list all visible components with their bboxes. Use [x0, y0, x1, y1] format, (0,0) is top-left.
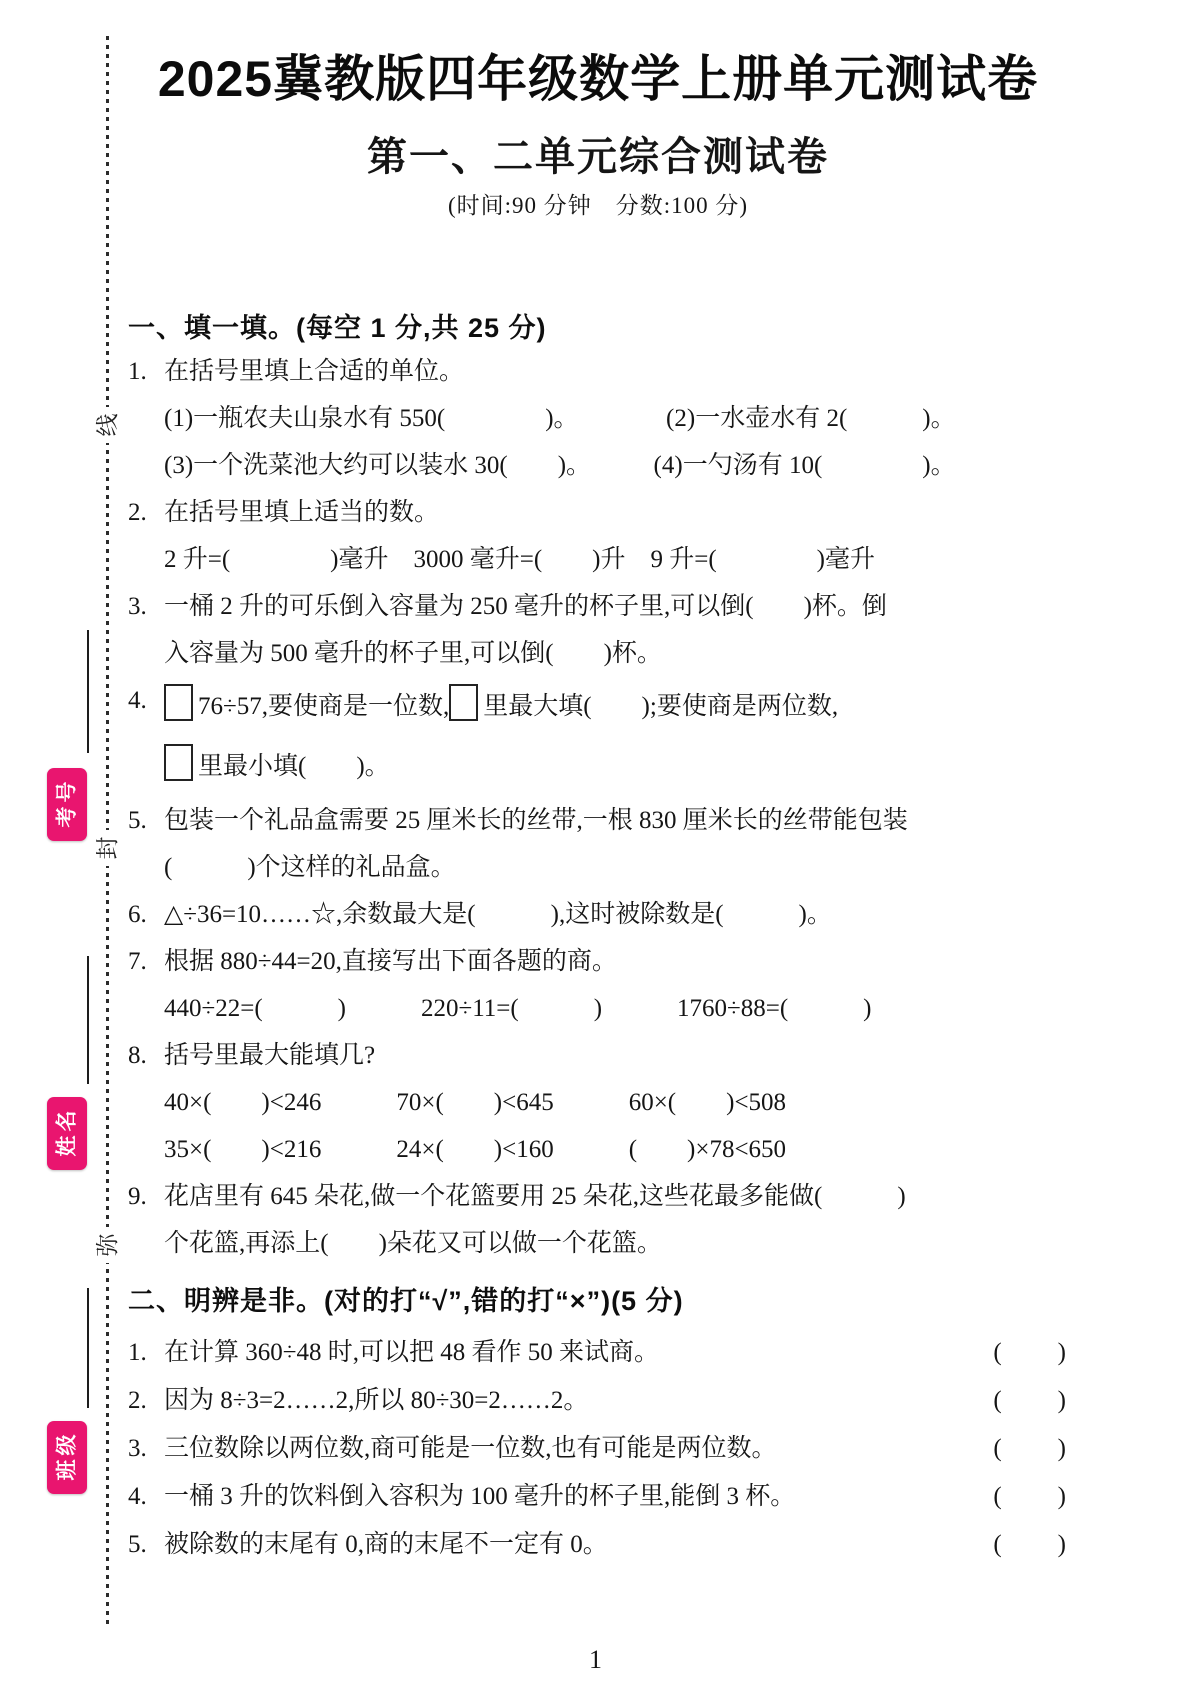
question: 1.在括号里填上合适的单位。(1)一瓶农夫山泉水有 550( )。 (2)一水壶… [128, 348, 1068, 489]
section-1: 一、填一填。(每空 1 分,共 25 分)1.在括号里填上合适的单位。(1)一瓶… [128, 308, 1068, 1267]
question-body: 在括号里填上合适的单位。(1)一瓶农夫山泉水有 550( )。 (2)一水壶水有… [164, 348, 1068, 489]
question-line: 根据 880÷44=20,直接写出下面各题的商。 [164, 938, 1068, 985]
question-body: 76÷57,要使商是一位数,里最大填( );要使商是两位数,里最小填( )。 [164, 677, 1068, 797]
question-number: 2. [128, 489, 164, 583]
question-number: 8. [128, 1032, 164, 1173]
page-number: 1 [0, 1646, 1191, 1674]
question-body: 在括号里填上适当的数。2 升=( )毫升 3000 毫升=( )升 9 升=( … [164, 489, 1068, 583]
question-body: 花店里有 645 朵花,做一个花篮要用 25 朵花,这些花最多能做( )个花篮,… [164, 1173, 1068, 1267]
tf-statement: 在计算 360÷48 时,可以把 48 看作 50 来试商。 [164, 1329, 659, 1377]
question-body: 根据 880÷44=20,直接写出下面各题的商。440÷22=( ) 220÷1… [164, 938, 1068, 1032]
question-line: 35×( )<216 24×( )<160 ( )×78<650 [164, 1126, 1068, 1173]
question: 4.76÷57,要使商是一位数,里最大填( );要使商是两位数,里最小填( )。 [128, 677, 1068, 797]
question: 2.因为 8÷3=2……2,所以 80÷30=2……2。( ) [128, 1377, 1068, 1425]
question: 5.包装一个礼品盒需要 25 厘米长的丝带,一根 830 厘米长的丝带能包装( … [128, 797, 1068, 891]
question-number: 4. [128, 1473, 164, 1521]
statement-line: 被除数的末尾有 0,商的末尾不一定有 0。( ) [164, 1521, 1068, 1569]
paper-content: 2025冀教版四年级数学上册单元测试卷 第一、二单元综合测试卷 (时间:90 分… [128, 40, 1068, 1569]
seal-char-mi: 弥 [90, 1227, 126, 1263]
section-2: 二、明辨是非。(对的打“√”,错的打“×”)(5 分)1.在计算 360÷48 … [128, 1281, 1068, 1569]
student-info-badge: 班级 [47, 1421, 87, 1494]
statement-line: 因为 8÷3=2……2,所以 80÷30=2……2。( ) [164, 1377, 1068, 1425]
test-paper-page: 线 封 弥 考号 姓名 班级 2025冀教版四年级数学上册单元测试卷 第一、二单… [0, 0, 1191, 1684]
question-line: 个花篮,再添上( )朵花又可以做一个花篮。 [164, 1220, 1068, 1267]
question-number: 1. [128, 1329, 164, 1377]
question-line: △÷36=10……☆,余数最大是( ),这时被除数是( )。 [164, 891, 1068, 938]
question: 4.一桶 3 升的饮料倒入容积为 100 毫升的杯子里,能倒 3 杯。( ) [128, 1473, 1068, 1521]
question-body: 三位数除以两位数,商可能是一位数,也有可能是两位数。( ) [164, 1425, 1068, 1473]
question-line: (1)一瓶农夫山泉水有 550( )。 (2)一水壶水有 2( )。 [164, 395, 1068, 442]
question-number: 5. [128, 797, 164, 891]
exam-number-label: 考号 [57, 778, 78, 832]
time-score-line: (时间:90 分钟 分数:100 分) [128, 192, 1068, 220]
class-label: 班级 [57, 1431, 78, 1485]
question-number: 5. [128, 1521, 164, 1569]
question-list: 1.在括号里填上合适的单位。(1)一瓶农夫山泉水有 550( )。 (2)一水壶… [128, 348, 1068, 1267]
question-line: (3)一个洗菜池大约可以装水 30( )。 (4)一勺汤有 10( )。 [164, 442, 1068, 489]
question-number: 9. [128, 1173, 164, 1267]
question-number: 2. [128, 1377, 164, 1425]
fill-blank-box [164, 684, 193, 721]
question-number: 6. [128, 891, 164, 938]
question: 5.被除数的末尾有 0,商的末尾不一定有 0。( ) [128, 1521, 1068, 1569]
student-info-badge: 姓名 [47, 1097, 87, 1170]
name-write-line [87, 956, 89, 1084]
question-line: 440÷22=( ) 220÷11=( ) 1760÷88=( ) [164, 985, 1068, 1032]
question-body: 包装一个礼品盒需要 25 厘米长的丝带,一根 830 厘米长的丝带能包装( )个… [164, 797, 1068, 891]
question-number: 3. [128, 1425, 164, 1473]
question: 2.在括号里填上适当的数。2 升=( )毫升 3000 毫升=( )升 9 升=… [128, 489, 1068, 583]
fill-blank-box [449, 684, 478, 721]
question-line: 入容量为 500 毫升的杯子里,可以倒( )杯。 [164, 630, 1068, 677]
question-line: ( )个这样的礼品盒。 [164, 844, 1068, 891]
tf-statement: 因为 8÷3=2……2,所以 80÷30=2……2。 [164, 1377, 588, 1425]
name-label: 姓名 [57, 1107, 78, 1161]
question-body: △÷36=10……☆,余数最大是( ),这时被除数是( )。 [164, 891, 1068, 938]
question-line: 一桶 2 升的可乐倒入容量为 250 毫升的杯子里,可以倒( )杯。倒 [164, 583, 1068, 630]
student-info-badge: 考号 [47, 768, 87, 841]
class-write-line [87, 1288, 89, 1408]
fill-blank-box [164, 744, 193, 781]
question: 6.△÷36=10……☆,余数最大是( ),这时被除数是( )。 [128, 891, 1068, 938]
seal-char-xian: 线 [90, 407, 126, 443]
question-line: 括号里最大能填几? [164, 1032, 1068, 1079]
answer-bracket: ( ) [993, 1377, 1068, 1425]
question: 3.三位数除以两位数,商可能是一位数,也有可能是两位数。( ) [128, 1425, 1068, 1473]
question-body: 在计算 360÷48 时,可以把 48 看作 50 来试商。( ) [164, 1329, 1068, 1377]
question: 7.根据 880÷44=20,直接写出下面各题的商。440÷22=( ) 220… [128, 938, 1068, 1032]
tf-statement: 三位数除以两位数,商可能是一位数,也有可能是两位数。 [164, 1425, 777, 1473]
seal-char-feng: 封 [90, 830, 126, 866]
question-line: 在括号里填上适当的数。 [164, 489, 1068, 536]
section-heading: 二、明辨是非。(对的打“√”,错的打“×”)(5 分) [128, 1281, 1068, 1321]
question: 8.括号里最大能填几?40×( )<246 70×( )<645 60×( )<… [128, 1032, 1068, 1173]
question-body: 因为 8÷3=2……2,所以 80÷30=2……2。( ) [164, 1377, 1068, 1425]
question-body: 一桶 3 升的饮料倒入容积为 100 毫升的杯子里,能倒 3 杯。( ) [164, 1473, 1068, 1521]
question-body: 被除数的末尾有 0,商的末尾不一定有 0。( ) [164, 1521, 1068, 1569]
question: 1.在计算 360÷48 时,可以把 48 看作 50 来试商。( ) [128, 1329, 1068, 1377]
paper-title: 2025冀教版四年级数学上册单元测试卷 [128, 50, 1068, 108]
answer-bracket: ( ) [993, 1473, 1068, 1521]
question-body: 括号里最大能填几?40×( )<246 70×( )<645 60×( )<50… [164, 1032, 1068, 1173]
question-line: 2 升=( )毫升 3000 毫升=( )升 9 升=( )毫升 [164, 536, 1068, 583]
question-line: 包装一个礼品盒需要 25 厘米长的丝带,一根 830 厘米长的丝带能包装 [164, 797, 1068, 844]
statement-line: 三位数除以两位数,商可能是一位数,也有可能是两位数。( ) [164, 1425, 1068, 1473]
question: 9.花店里有 645 朵花,做一个花篮要用 25 朵花,这些花最多能做( )个花… [128, 1173, 1068, 1267]
question-number: 4. [128, 677, 164, 797]
question-line: 76÷57,要使商是一位数,里最大填( );要使商是两位数, [164, 677, 1068, 737]
question-number: 1. [128, 348, 164, 489]
question-line: 40×( )<246 70×( )<645 60×( )<508 [164, 1079, 1068, 1126]
tf-statement: 被除数的末尾有 0,商的末尾不一定有 0。 [164, 1521, 608, 1569]
exam-number-write-line [87, 630, 89, 753]
question-number: 7. [128, 938, 164, 1032]
answer-bracket: ( ) [993, 1521, 1068, 1569]
question-line: 里最小填( )。 [164, 737, 1068, 797]
answer-bracket: ( ) [993, 1329, 1068, 1377]
question-list: 1.在计算 360÷48 时,可以把 48 看作 50 来试商。( )2.因为 … [128, 1329, 1068, 1569]
paper-subtitle: 第一、二单元综合测试卷 [128, 134, 1068, 180]
section-heading: 一、填一填。(每空 1 分,共 25 分) [128, 308, 1068, 348]
question-line: 花店里有 645 朵花,做一个花篮要用 25 朵花,这些花最多能做( ) [164, 1173, 1068, 1220]
statement-line: 在计算 360÷48 时,可以把 48 看作 50 来试商。( ) [164, 1329, 1068, 1377]
question-sections: 一、填一填。(每空 1 分,共 25 分)1.在括号里填上合适的单位。(1)一瓶… [128, 308, 1068, 1569]
statement-line: 一桶 3 升的饮料倒入容积为 100 毫升的杯子里,能倒 3 杯。( ) [164, 1473, 1068, 1521]
question-body: 一桶 2 升的可乐倒入容量为 250 毫升的杯子里,可以倒( )杯。倒入容量为 … [164, 583, 1068, 677]
question-number: 3. [128, 583, 164, 677]
question-line: 在括号里填上合适的单位。 [164, 348, 1068, 395]
question: 3.一桶 2 升的可乐倒入容量为 250 毫升的杯子里,可以倒( )杯。倒入容量… [128, 583, 1068, 677]
answer-bracket: ( ) [993, 1425, 1068, 1473]
tf-statement: 一桶 3 升的饮料倒入容积为 100 毫升的杯子里,能倒 3 杯。 [164, 1473, 795, 1521]
